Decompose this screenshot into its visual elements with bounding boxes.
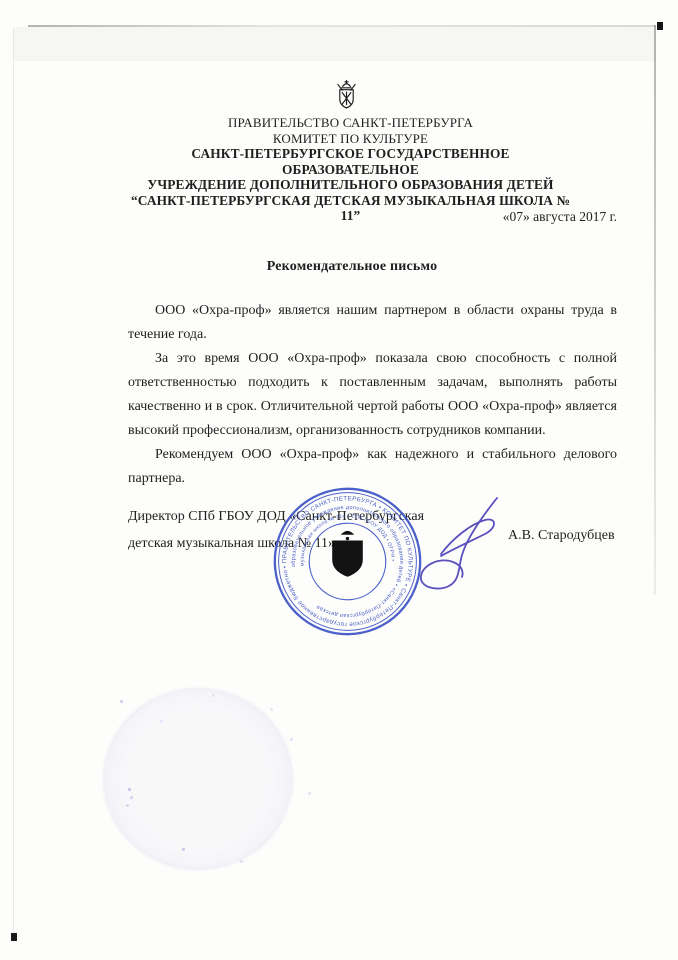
scan-corner-mark-top-right	[657, 22, 663, 30]
paragraph-1: ООО «Охра-проф» является нашим партнером…	[128, 299, 617, 347]
letter-title: Рекомендательное письмо	[126, 259, 578, 275]
stamp-coat-of-arms-icon	[332, 527, 363, 577]
scan-edge-right	[654, 25, 656, 595]
official-round-stamp: • ПРАВИТЕЛЬСТВО САНКТ-ПЕТЕРБУРГА • КОМИТ…	[271, 485, 424, 638]
scan-edge-left	[13, 28, 14, 936]
ghost-stamp-impression	[103, 688, 293, 870]
handwritten-signature	[407, 492, 517, 600]
paragraph-3: Рекомендуем ООО «Охра-проф» как надежног…	[128, 443, 617, 491]
scanned-letter-page: ПРАВИТЕЛЬСТВО САНКТ-ПЕТЕРБУРГА КОМИТЕТ П…	[0, 0, 678, 960]
letterhead-institution-line-1: САНКТ-ПЕТЕРБУРГСКОЕ ГОСУДАРСТВЕННОЕ ОБРА…	[126, 146, 575, 177]
letterhead-government-line: ПРАВИТЕЛЬСТВО САНКТ-ПЕТЕРБУРГА	[126, 115, 575, 131]
scan-edge-top	[28, 25, 656, 27]
letterhead: ПРАВИТЕЛЬСТВО САНКТ-ПЕТЕРБУРГА КОМИТЕТ П…	[126, 115, 575, 224]
letter-body: ООО «Охра-проф» является нашим партнером…	[128, 299, 617, 491]
saint-petersburg-coat-of-arms-icon	[335, 79, 358, 111]
ghost-stamp-speckles	[120, 700, 123, 703]
letterhead-institution-line-2: УЧРЕЖДЕНИЕ ДОПОЛНИТЕЛЬНОГО ОБРАЗОВАНИЯ Д…	[126, 177, 575, 193]
letterhead-committee-line: КОМИТЕТ ПО КУЛЬТУРЕ	[126, 131, 575, 147]
scan-shading	[14, 27, 656, 61]
letter-date: «07» августа 2017 г.	[503, 209, 617, 225]
scan-corner-mark-bottom-left	[11, 933, 17, 941]
signatory-name: А.В. Стародубцев	[508, 528, 615, 544]
paragraph-2: За это время ООО «Охра-проф» показала св…	[128, 347, 617, 443]
